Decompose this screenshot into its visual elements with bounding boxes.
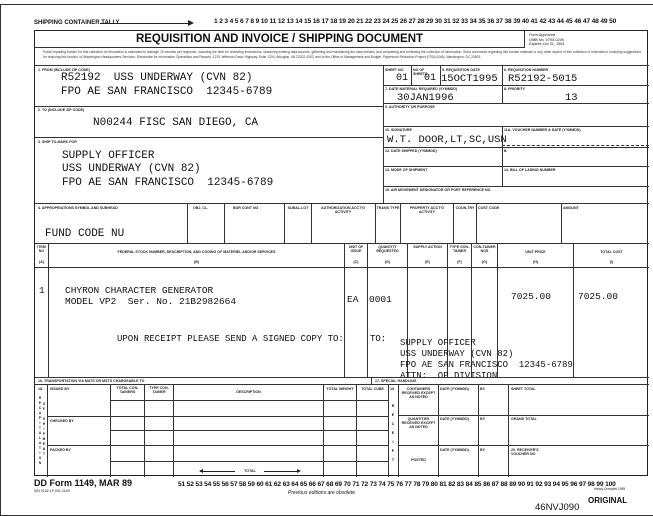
divider xyxy=(383,85,649,86)
obj-cl-label: OBJ. CL. xyxy=(193,206,208,210)
tally-numbers-bottom: 51 52 53 54 55 56 57 58 59 60 61 62 63 6… xyxy=(178,481,616,488)
signature-value[interactable]: W.T. DOOR,LT,SC,USN xyxy=(387,134,507,146)
from-line2[interactable]: FPO AE SAN FRANCISCO 12345-6789 xyxy=(61,86,272,99)
burden-notice: Public reporting burden for this collect… xyxy=(35,48,649,66)
row-item-no[interactable]: 1 xyxy=(39,285,45,296)
air-movement-label: 15. AIR MOVEMENT DESIGNATOR OR PORT REFE… xyxy=(385,188,490,192)
col-item-no: ITEM NO xyxy=(35,245,48,253)
appropriations-label: 4. APPROPRIATIONS SYMBOL AND SUBHEAD xyxy=(38,206,118,210)
special-handling-label: 17. SPECIAL HANDLING xyxy=(375,379,416,383)
approval-line: Expires Oct 31, 1991 xyxy=(529,42,564,47)
divider xyxy=(476,203,477,243)
to-label: 2. TO (Include ZIP Code) xyxy=(38,108,84,112)
date-label-3: DATE (YYMMDD) xyxy=(440,448,469,452)
subal-lot-label: SUBAL-LOT xyxy=(285,206,311,210)
bill-of-lading-label: 14. BILL OF LADING NUMBER xyxy=(504,168,555,172)
authority-label: 9. AUTHORITY OR PURPOSE xyxy=(385,105,435,109)
form-number: DD Form 1149, MAR 89 xyxy=(34,478,132,488)
overprint-note: Heavy Overprint 1989 xyxy=(594,487,625,491)
col-type-container: TYPE CON-TAINER xyxy=(448,245,471,253)
previous-editions-note: Previous editions are obsolete xyxy=(288,490,355,496)
by-label-2: BY xyxy=(480,417,485,421)
b-label: b xyxy=(504,149,507,153)
sheet-no-value[interactable]: 01 xyxy=(396,73,408,84)
col-description-sub: (b) xyxy=(49,260,344,264)
row-quantity[interactable]: 0001 xyxy=(369,294,392,305)
requisition-number-value[interactable]: R52192-5015 xyxy=(508,73,577,85)
divider xyxy=(383,66,384,203)
col-total-cost-sub: (i) xyxy=(574,260,649,264)
figure-code: 46NVJ090 xyxy=(535,502,579,513)
divider xyxy=(47,384,48,477)
trans-type-label: TRANS TYPE xyxy=(376,206,400,210)
divider xyxy=(508,384,509,477)
grand-total-label: GRAND TOTAL xyxy=(511,417,537,421)
by-label-1: BY xyxy=(480,387,485,391)
date-label-1: DATE (YYMMDD) xyxy=(440,387,469,391)
divider xyxy=(35,137,383,138)
dashed-line xyxy=(502,145,649,146)
transportation-label: 16. TRANSPORTATION VIA MATS OR MSTS CHAR… xyxy=(38,379,144,383)
form-title: REQUISITION AND INVOICE / SHIPPING DOCUM… xyxy=(35,31,525,48)
divider xyxy=(411,66,412,85)
appropriations-value[interactable]: FUND CODE NU xyxy=(45,228,124,240)
col-unit-of-issue-sub: (c) xyxy=(345,260,367,264)
divider xyxy=(35,243,649,244)
ship-to-line1[interactable]: SUPPLY OFFICER xyxy=(62,150,154,163)
cost-code-label: COST CODE xyxy=(478,206,499,210)
divider xyxy=(35,267,649,268)
receivers-voucher-label: 20. RECEIVER'S VOUCHER NO xyxy=(511,448,547,456)
to-value[interactable]: N00244 FISC SAN DIEGO, CA xyxy=(93,117,258,130)
requisition-date-label: 5. REQUISITION DATE xyxy=(442,68,480,72)
divider xyxy=(47,445,388,446)
divider xyxy=(371,377,372,384)
tally-numbers-top: 1 2 3 4 5 6 7 8 9 10 11 12 13 14 15 16 1… xyxy=(214,18,616,25)
total-cube-label: TOTAL CUBE xyxy=(357,387,388,391)
date-required-value[interactable]: 30JAN1996 xyxy=(397,92,454,104)
col-unit-price: UNIT PRICE xyxy=(498,250,573,254)
requisition-date-value[interactable]: 15OCT1995 xyxy=(441,73,498,85)
no-of-sheets-value[interactable]: 01 xyxy=(424,73,436,84)
total-weight-label: TOTAL WEIGHT xyxy=(324,387,356,391)
receipt-note-to: TO: xyxy=(370,334,386,344)
containers-received-label: CONTAINERS RECEIVED EXCEPT AS NOTED xyxy=(399,387,438,399)
posted-label: POSTED xyxy=(399,458,438,462)
divider xyxy=(110,400,388,401)
divider xyxy=(35,106,383,107)
divider xyxy=(478,384,479,477)
auth-acctg-label: AUTHORIZATION ACCT'G ACTIVITY xyxy=(313,206,373,214)
divider xyxy=(47,416,388,417)
divider xyxy=(311,203,312,243)
col-container-nos: CON-TAINER NOS xyxy=(472,245,497,253)
col-total-cost: TOTAL COST xyxy=(574,250,649,254)
col-supply-action-sub: (e) xyxy=(408,260,447,264)
signature-label: 10. SIGNATURE xyxy=(385,128,412,132)
arrow-right-icon xyxy=(264,471,299,472)
stock-number: S/N 0102-LF-001-1149 xyxy=(34,489,70,493)
divider xyxy=(438,384,439,477)
date-label-2: DATE (YYMMDD) xyxy=(440,417,469,421)
col-quantity: QUANTITY REQUESTED xyxy=(368,245,407,253)
arrowhead-right-icon xyxy=(297,469,301,473)
arrowhead-left-icon xyxy=(199,469,203,473)
requisition-form: REQUISITION AND INVOICE / SHIPPING DOCUM… xyxy=(34,30,648,476)
receipt-vertical-label: RECEIPT xyxy=(390,402,396,465)
receipt-address: SUPPLY OFFICER USS UNDERWAY (CVN 82) FPO… xyxy=(400,327,573,382)
col-description: FEDERAL STOCK NUMBER, DESCRIPTION, AND C… xyxy=(49,250,344,254)
divider xyxy=(35,384,649,385)
type-container-label: TYPE CON-TAINER xyxy=(145,386,173,394)
col-item-no-sub: (a) xyxy=(35,260,48,264)
quantities-received-label: QUANTITIES RECEIVED EXCEPT AS NOTED xyxy=(399,417,438,429)
divider xyxy=(383,166,649,167)
from-line1[interactable]: R52192 USS UNDERWAY (CVN 82) xyxy=(61,72,252,85)
date-required-label: 7. DATE MATERIAL REQUIRED (YYMMDD) xyxy=(385,87,457,91)
row-total-cost[interactable]: 7025.00 xyxy=(578,291,618,302)
priority-value[interactable]: 13 xyxy=(565,92,578,104)
row-unit-of-issue[interactable]: EA xyxy=(347,294,358,305)
amount-label: AMOUNT xyxy=(563,206,579,210)
recap-num: 18. xyxy=(38,387,43,391)
address-line: SUPPLY OFFICER xyxy=(400,338,476,348)
sheet-no-label: SHEET NO xyxy=(385,68,409,72)
row-description-line1[interactable]: CHYRON CHARACTER GENERATOR xyxy=(65,285,213,296)
divider xyxy=(35,203,649,204)
divider xyxy=(388,384,389,477)
address-line: FPO AE SAN FRANCISCO 12345-6789 xyxy=(400,360,573,370)
divider xyxy=(187,203,188,243)
tally-arrow-icon xyxy=(100,23,192,24)
sheet-total-label: SHEET TOTAL xyxy=(511,387,536,391)
description-label: DESCRIPTION xyxy=(174,390,323,394)
recap-vertical-label-2: OFSHIPMENT xyxy=(41,402,47,457)
address-line: USS UNDERWAY (CVN 82) xyxy=(400,349,513,359)
packed-by-label: PACKED BY xyxy=(50,448,71,452)
divider xyxy=(561,203,562,243)
mode-shipment-label: 13. MODE OF SHIPMENT xyxy=(385,168,427,172)
col-supply-action: SUPPLY ACTION xyxy=(408,245,447,249)
requisition-number-label: 6. REQUISITION NUMBER xyxy=(504,68,548,72)
receipt-num: 19. xyxy=(390,387,395,391)
priority-label: 8. PRIORITY xyxy=(504,87,525,91)
ship-to-line3[interactable]: FPO AE SAN FRANCISCO 12345-6789 xyxy=(62,177,273,190)
total-arrow: TOTAL xyxy=(200,468,300,474)
voucher-label: 11a. VOUCHER NUMBER & DATE (YYMMDD) xyxy=(504,128,581,132)
row-description-line2[interactable]: MODEL VP2 Ser. No. 21B2982664 xyxy=(65,296,236,307)
divider xyxy=(110,430,388,431)
col-unit-of-issue: UNIT OF ISSUE xyxy=(345,245,367,253)
divider xyxy=(224,203,225,243)
ship-to-label: 3. SHIP TO-MARK FOR xyxy=(38,140,77,144)
total-arrow-label: TOTAL xyxy=(238,469,262,473)
divider xyxy=(453,203,454,243)
divider xyxy=(398,445,649,446)
col-unit-price-sub: (h) xyxy=(498,260,573,264)
divider xyxy=(110,461,388,462)
col-container-nos-sub: (g) xyxy=(472,260,497,264)
divider xyxy=(383,147,649,148)
approval-block: Form Approved OMB No. 0704-0246 Expires … xyxy=(529,33,564,47)
divider xyxy=(383,126,649,127)
ship-to-line2[interactable]: USS UNDERWAY (CVN 82) xyxy=(62,163,201,176)
country-label: COUN-TRY xyxy=(455,206,475,210)
by-label-3: BY xyxy=(480,448,485,452)
row-unit-price[interactable]: 7025.00 xyxy=(511,291,551,302)
issued-by-label: ISSUED BY xyxy=(50,387,69,391)
divider xyxy=(398,415,649,416)
col-quantity-sub: (d) xyxy=(368,260,407,264)
property-acctg-label: PROPERTY ACCT'G ACTIVITY xyxy=(402,206,452,214)
divider xyxy=(383,186,649,187)
receipt-note: UPON RECEIPT PLEASE SEND A SIGNED COPY T… xyxy=(117,334,344,344)
copy-designation: ORIGINAL xyxy=(588,496,627,505)
date-shipped-label: 12. DATE SHIPPED (YYMMDD) xyxy=(385,149,437,153)
checked-by-label: CHECKED BY xyxy=(50,419,74,423)
total-containers-label: TOTAL CON-TAINERS xyxy=(111,386,144,394)
arrow-left-icon xyxy=(200,471,235,472)
divider xyxy=(400,203,401,243)
bur-cont-no-label: BUR CONT NO xyxy=(233,206,258,210)
col-type-container-sub: (f) xyxy=(448,260,471,264)
